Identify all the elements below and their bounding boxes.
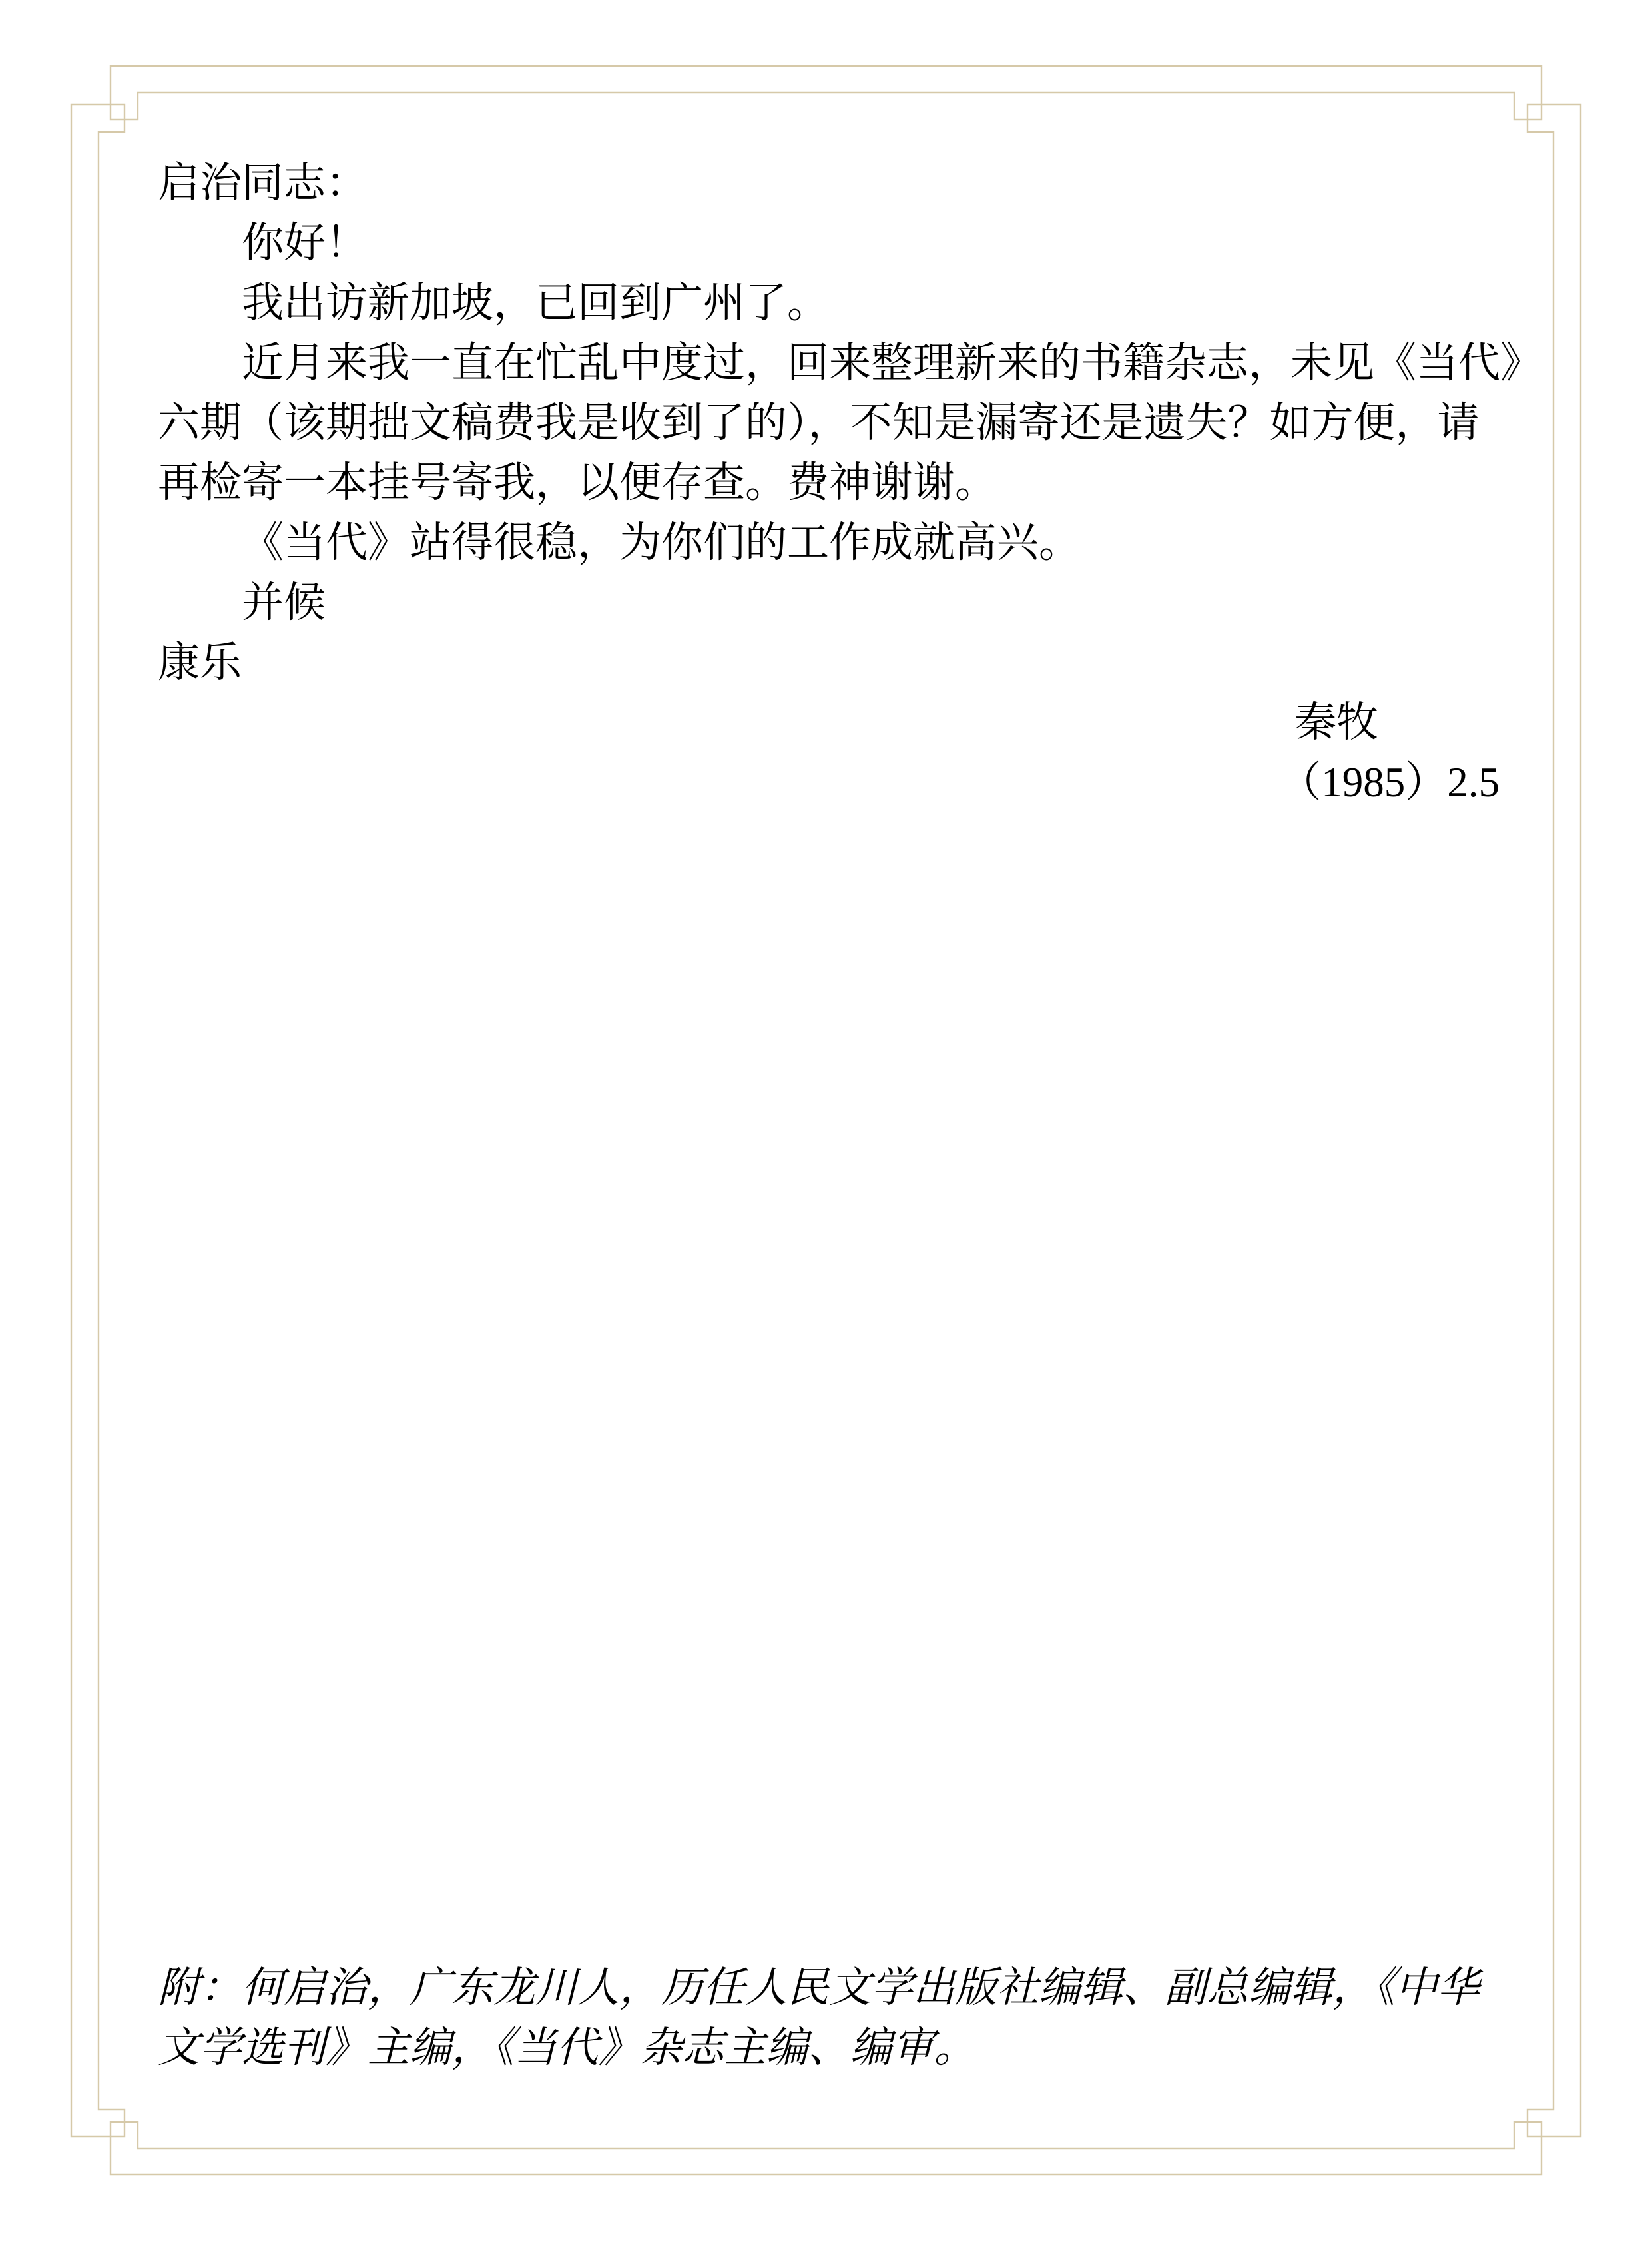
paragraph-2-line-2: 六期（该期拙文稿费我是收到了的），不知是漏寄还是遗失？如方便，请 bbox=[158, 393, 1501, 453]
paragraph-2-line-3: 再检寄一本挂号寄我，以便存查。费神谢谢。 bbox=[158, 453, 1501, 513]
paragraph-2-line-1: 近月来我一直在忙乱中度过，回来整理新来的书籍杂志，未见《当代》 bbox=[158, 333, 1501, 393]
postscript-line-2: 文学选刊》主编，《当代》杂志主编、编审。 bbox=[158, 2018, 1501, 2078]
paragraph-3-line: 《当代》站得很稳，为你们的工作成就高兴。 bbox=[158, 513, 1501, 573]
greeting-line: 你好！ bbox=[158, 213, 1501, 273]
closing-wish-line: 并候 bbox=[158, 573, 1501, 633]
letter-body: 启治同志： 你好！ 我出访新加坡，已回到广州了。 近月来我一直在忙乱中度过，回来… bbox=[158, 153, 1501, 812]
signature-name: 秦牧 bbox=[158, 693, 1501, 752]
frame-right-band bbox=[1527, 105, 1581, 2137]
closing-word-line: 康乐 bbox=[158, 633, 1501, 693]
postscript-line-1: 附：何启治，广东龙川人，历任人民文学出版社编辑、副总编辑，《中华 bbox=[158, 1958, 1501, 2018]
frame-left-band bbox=[71, 105, 125, 2137]
salutation-line: 启治同志： bbox=[158, 153, 1501, 213]
postscript-note: 附：何启治，广东龙川人，历任人民文学出版社编辑、副总编辑，《中华 文学选刊》主编… bbox=[158, 1958, 1501, 2078]
frame-top-band bbox=[111, 66, 1541, 119]
frame-bottom-band bbox=[111, 2122, 1541, 2175]
letter-page: 启治同志： 你好！ 我出访新加坡，已回到广州了。 近月来我一直在忙乱中度过，回来… bbox=[0, 0, 1652, 2242]
paragraph-1-line: 我出访新加坡，已回到广州了。 bbox=[158, 273, 1501, 333]
signature-date: （1985）2.5 bbox=[158, 752, 1501, 812]
